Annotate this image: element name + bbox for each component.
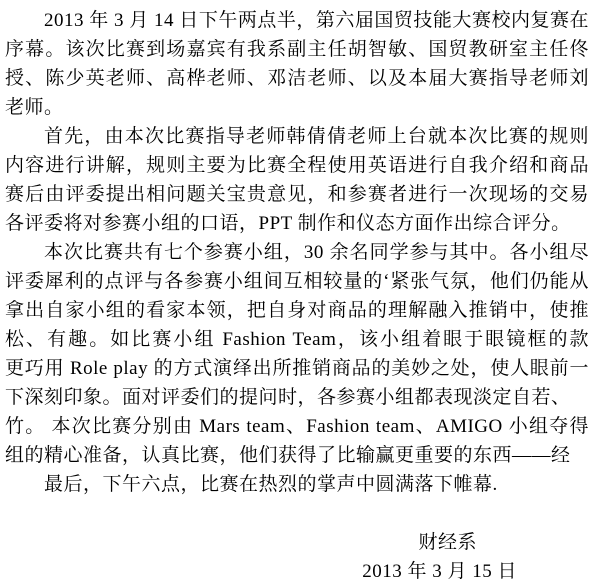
document-page: 2013 年 3 月 14 日下午两点半，第六届国贸技能大赛校内复赛在 2#20…	[0, 0, 594, 586]
text-line: 内容进行讲解，规则主要为比赛全程使用英语进行自我介绍和商品推销，并在比	[5, 151, 589, 180]
text-line: 最后，下午六点，比赛在热烈的掌声中圆满落下帷幕.	[5, 470, 589, 499]
text-line: 评委犀利的点评与各参赛小组间互相较量的‘紧张气氛，他们仍能从容应对，纷纷	[5, 267, 589, 296]
text-line: 赛后由评委提出相问题关宝贵意见，和参赛者进行一次现场的交易磋商，最后由	[5, 180, 589, 209]
text-line: 更巧用 Role play 的方式演绎出所推销商品的美妙之处，使人眼前一亮，给人…	[5, 354, 589, 383]
signoff-date: 2013 年 3 月 15 日	[5, 557, 589, 586]
paragraph-rules: 首先，由本次比赛指导老师韩倩倩老师上台就本次比赛的规则及评分标准等 内容进行讲解…	[5, 122, 589, 238]
text-line: 老师。	[5, 93, 589, 122]
paragraph-opening: 2013 年 3 月 14 日下午两点半，第六届国贸技能大赛校内复赛在 2#20…	[5, 6, 589, 122]
text-line: 拿出自家小组的看家本领，把自身对商品的理解融入推销中，使推销过程变得轻	[5, 296, 589, 325]
text-line: 序幕。该次比赛到场嘉宾有我系副主任胡智敏、国贸教研室主任佟哲、熊玲副教	[5, 35, 589, 64]
text-line: 首先，由本次比赛指导老师韩倩倩老师上台就本次比赛的规则及评分标准等	[5, 122, 589, 151]
text-line: 松、有趣。如比赛小组 Fashion Team，该小组着眼于眼镜框的款式，功能之…	[5, 325, 589, 354]
text-line: 本次比赛共有七个参赛小组，30 余名同学参与其中。各小组尽管面对众位	[5, 238, 589, 267]
paragraph-teams: 本次比赛共有七个参赛小组，30 余名同学参与其中。各小组尽管面对众位 评委犀利的…	[5, 238, 589, 470]
text-line: 竹。 本次比赛分别由 Mars team、Fashion team、AMIGO …	[5, 412, 589, 441]
text-line: 2013 年 3 月 14 日下午两点半，第六届国贸技能大赛校内复赛在 2#20…	[5, 6, 589, 35]
text-line: 授、陈少英老师、高桦老师、邓洁老师、以及本届大赛指导老师刘小丽和韩倩倩	[5, 64, 589, 93]
text-line: 组的精心准备，认真比赛，他们获得了比输赢更重要的东西——经验！	[5, 441, 589, 470]
text-line: 各评委将对参赛小组的口语，PPT 制作和仪态方面作出综合评分。	[5, 209, 589, 238]
signoff-department: 财经系	[5, 528, 589, 557]
paragraph-closing: 最后，下午六点，比赛在热烈的掌声中圆满落下帷幕.	[5, 470, 589, 499]
signoff-block: 财经系 2013 年 3 月 15 日	[5, 528, 589, 586]
text-line: 下深刻印象。面对评委们的提问时，各参赛小组都表现淡定自若、胸有成	[5, 383, 589, 412]
